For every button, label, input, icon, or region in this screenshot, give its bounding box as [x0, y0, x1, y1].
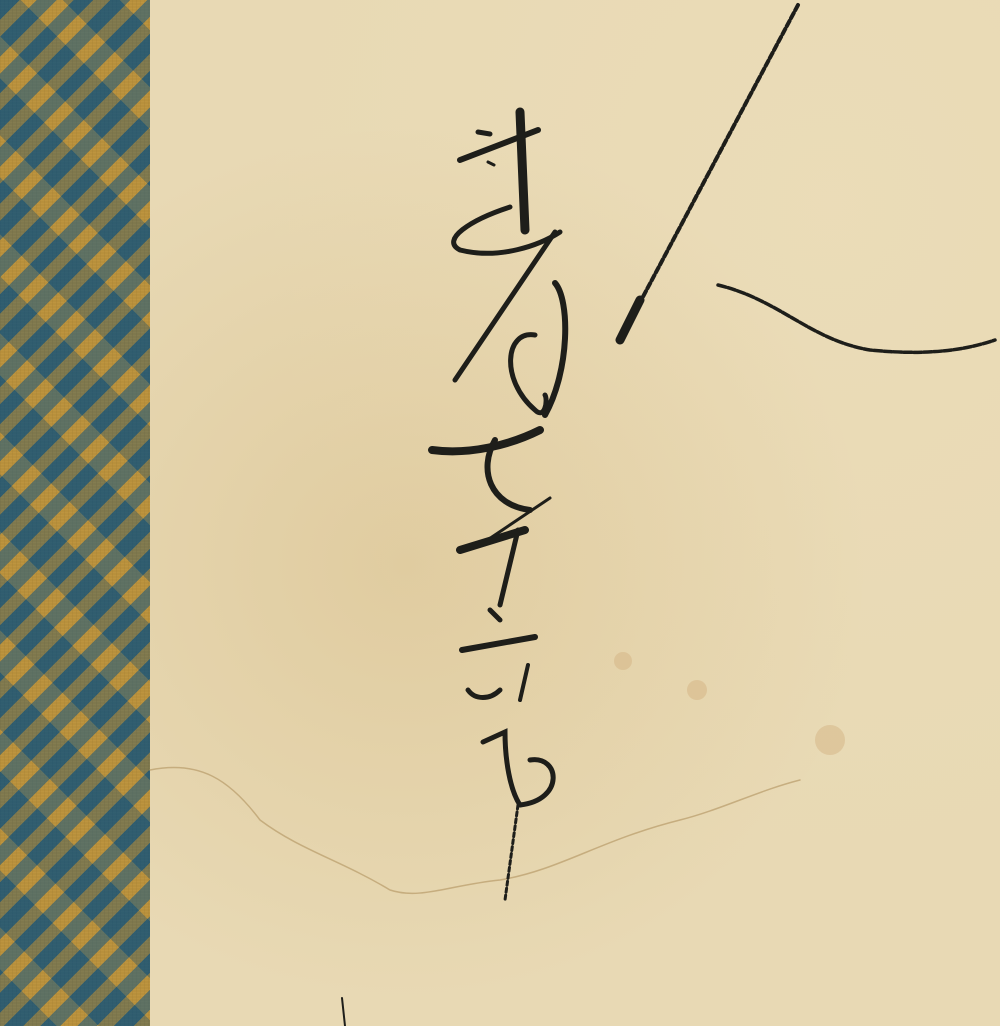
- calligraphy-ink: [0, 0, 1000, 1026]
